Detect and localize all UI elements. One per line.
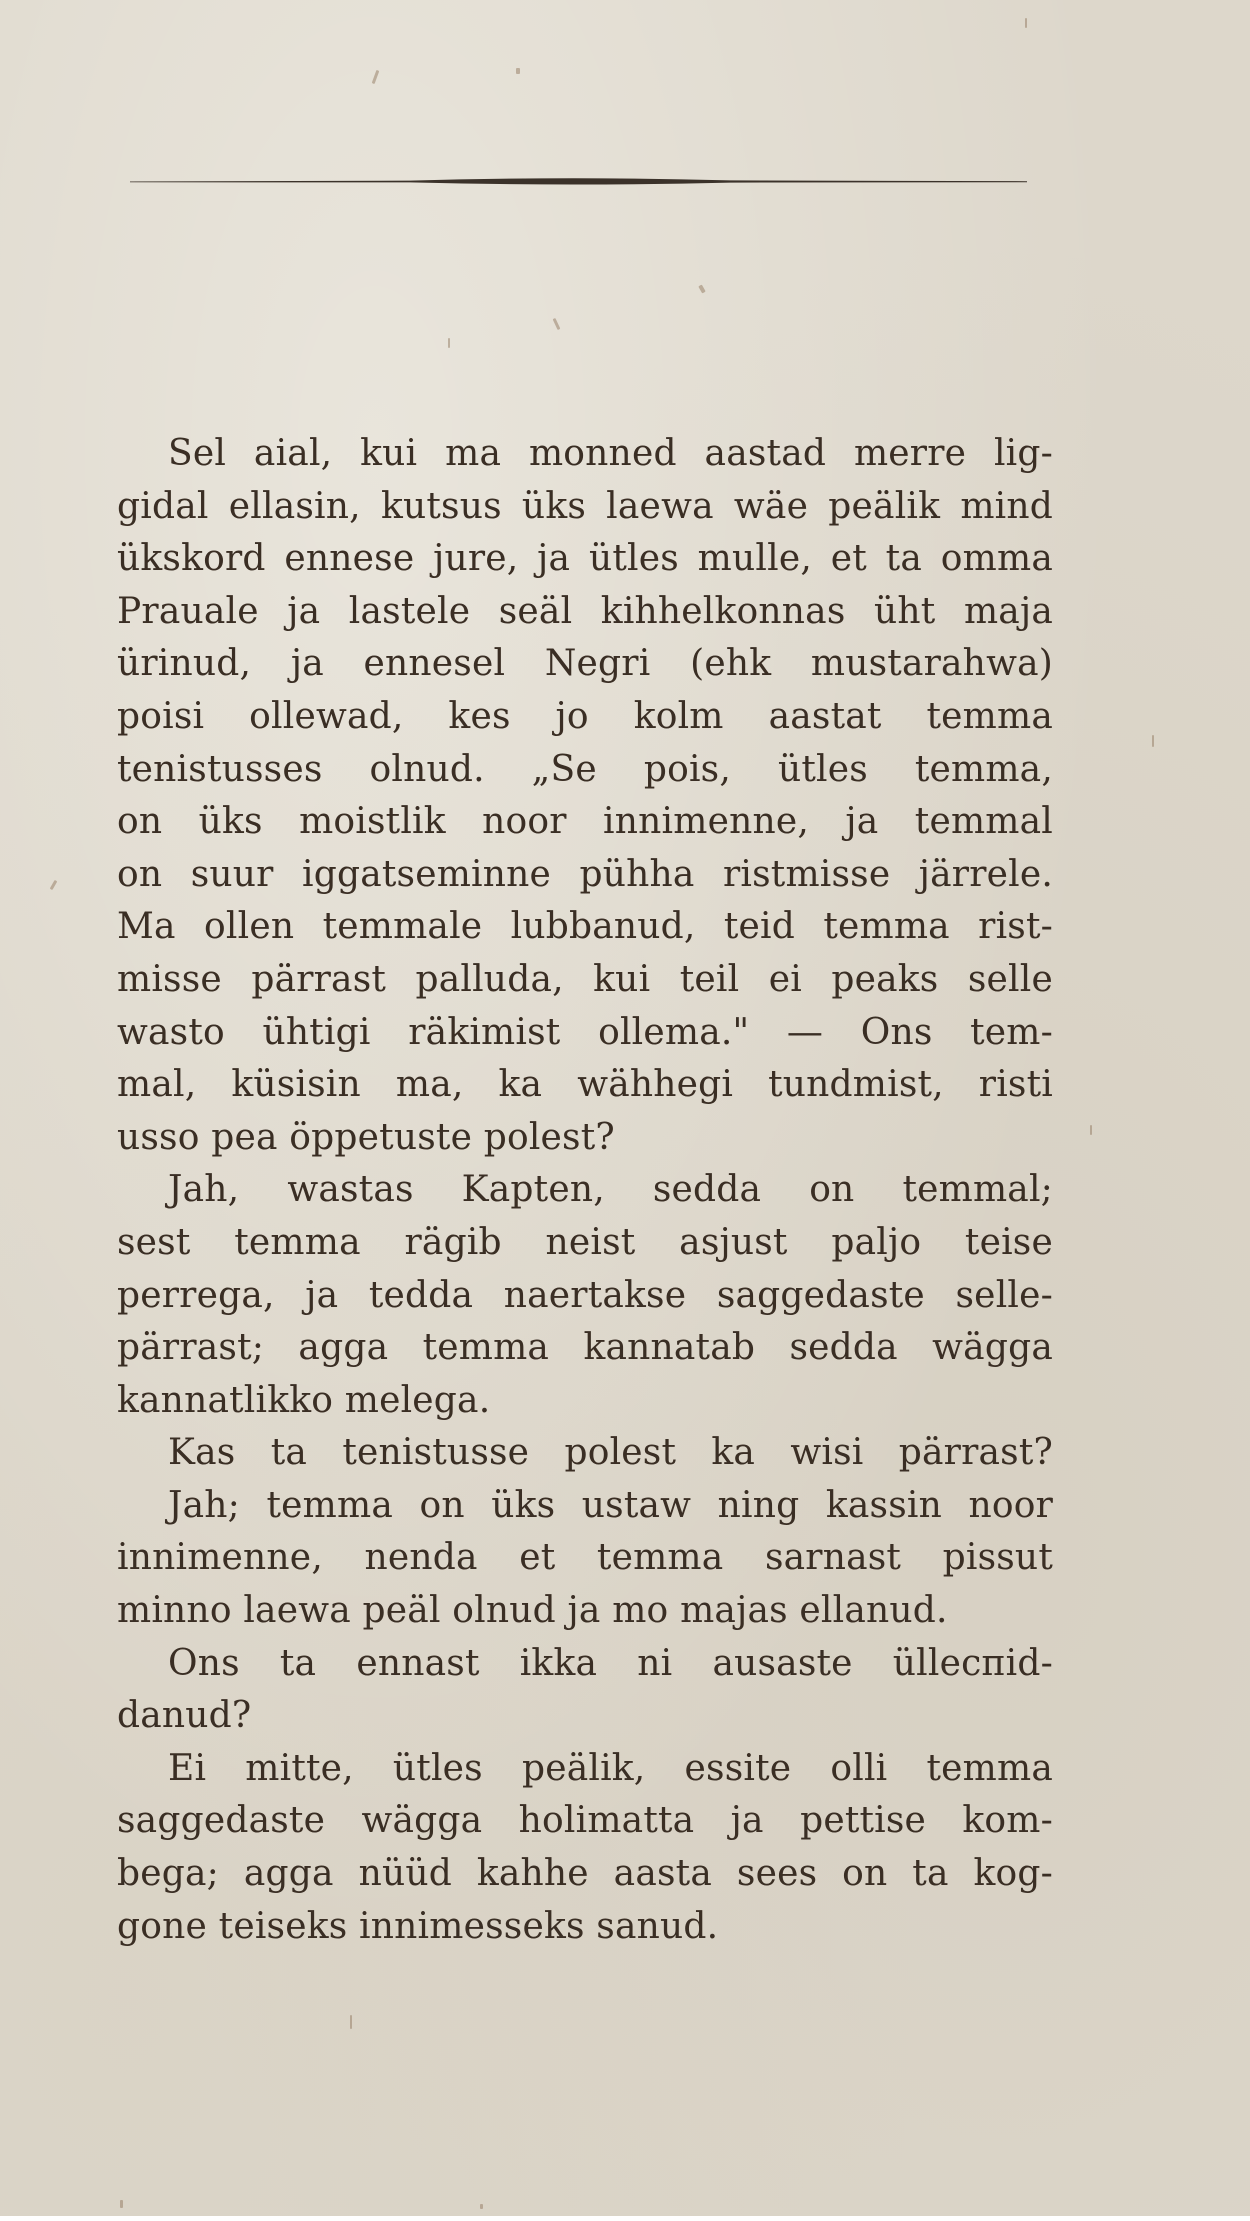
text-line: Sel aial, kui ma monned aastad merre lig… xyxy=(117,428,1053,481)
text-line: saggedaste wägga holimatta ja pettise ko… xyxy=(117,1795,1053,1848)
paper-speck xyxy=(1152,735,1154,747)
paper-speck xyxy=(516,68,520,74)
text-line: kannatlikko melega. xyxy=(117,1375,1053,1428)
text-line: ürinud, ja ennesel Negri (ehk mustarahwa… xyxy=(117,638,1053,691)
text-line: Jah, wastas Kapten, sedda on temmal; xyxy=(117,1164,1053,1217)
text-line: gone teiseks innimesseks sanud. xyxy=(117,1901,1053,1954)
paper-speck xyxy=(480,2204,483,2209)
text-line: usso pea öppetuste polest? xyxy=(117,1112,1053,1165)
text-line: poisi ollewad, kes jo kolm aastat temma xyxy=(117,691,1053,744)
text-line: Ei mitte, ütles peälik, essite olli temm… xyxy=(117,1743,1053,1796)
text-line: innimenne, nenda et temma sarnast pissut xyxy=(117,1532,1053,1585)
text-line: wasto ühtigi räkimist ollema." — Ons tem… xyxy=(117,1007,1053,1060)
paper-speck xyxy=(50,880,58,890)
paper-speck xyxy=(350,2015,352,2029)
text-line: gidal ellasin, kutsus üks laewa wäe peäl… xyxy=(117,481,1053,534)
document-page: Sel aial, kui ma monned aastad merre lig… xyxy=(0,0,1250,2216)
text-line: Jah; temma on üks ustaw ning kassin noor xyxy=(117,1480,1053,1533)
text-line: sest temma rägib neist asjust paljo teis… xyxy=(117,1217,1053,1270)
text-line: mal, küsisin ma, ka wähhegi tundmist, ri… xyxy=(117,1059,1053,1112)
text-line: Ma ollen temmale lubbanud, teid temma ri… xyxy=(117,901,1053,954)
ornamental-rule xyxy=(130,175,1027,187)
paper-speck xyxy=(372,70,380,84)
paper-speck xyxy=(1090,1125,1092,1135)
paper-speck xyxy=(698,285,705,294)
text-line: Prauale ja lastele seäl kihhelkonnas üht… xyxy=(117,586,1053,639)
rule-ornament-icon xyxy=(130,175,1027,187)
paper-speck xyxy=(120,2200,123,2208)
text-line: bega; agga nüüd kahhe aasta sees on ta k… xyxy=(117,1848,1053,1901)
text-line: perrega, ja tedda naertakse saggedaste s… xyxy=(117,1270,1053,1323)
text-line: minno laewa peäl olnud ja mo majas ellan… xyxy=(117,1585,1053,1638)
paper-speck xyxy=(553,318,561,330)
paper-speck xyxy=(448,338,450,348)
text-line: on suur iggatseminne pühha ristmisse jär… xyxy=(117,849,1053,902)
paper-speck xyxy=(1025,18,1027,28)
text-line: Kas ta tenistusse polest ka wisi pärrast… xyxy=(117,1427,1053,1480)
body-text: Sel aial, kui ma monned aastad merre lig… xyxy=(117,428,1053,1953)
text-line: on üks moistlik noor innimenne, ja temma… xyxy=(117,796,1053,849)
text-line: pärrast; agga temma kannatab sedda wägga xyxy=(117,1322,1053,1375)
text-line: Ons ta ennast ikka ni ausaste ülleспid- xyxy=(117,1638,1053,1691)
text-line: danud? xyxy=(117,1690,1053,1743)
text-line: misse pärrast palluda, kui teil ei peaks… xyxy=(117,954,1053,1007)
text-line: ükskord ennese jure, ja ütles mulle, et … xyxy=(117,533,1053,586)
text-line: tenistusses olnud. „Se pois, ütles temma… xyxy=(117,744,1053,797)
